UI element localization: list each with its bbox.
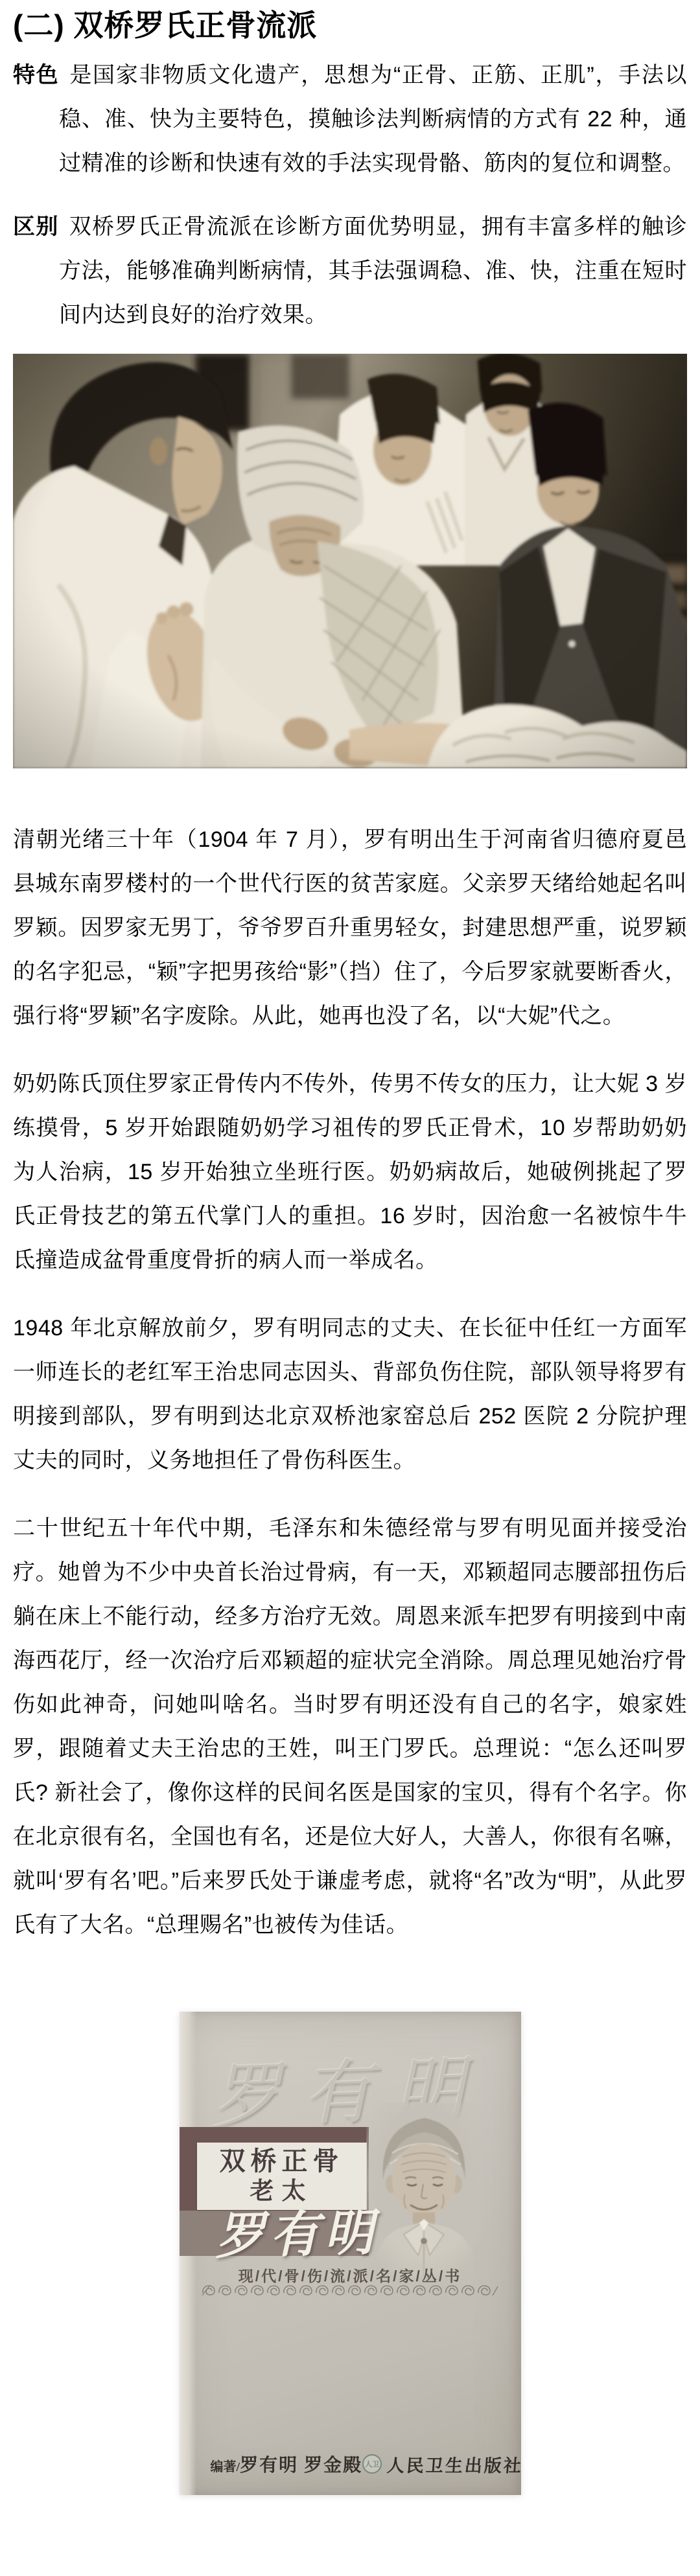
authors-names: 罗有明 罗金殿 <box>240 2455 362 2476</box>
paragraph-tese: 特色是国家非物质文化遗产，思想为“正骨、正筋、正肌”，手法以稳、准、快为主要特色… <box>13 53 687 185</box>
historical-photo-graphic <box>13 354 687 768</box>
cover-title-line1: 双桥正骨 <box>220 2146 344 2177</box>
cover-series-title: 现/代/骨/伤/流/派/名/家/丛/书 <box>180 2264 521 2286</box>
paragraph-naming: 二十世纪五十年代中期，毛泽东和朱德经常与罗有明见面并接受治疗。她曾为不少中央首长… <box>13 1506 687 1947</box>
publisher-name: 人民卫生出版社 <box>386 2452 521 2477</box>
spiral-ornament-row <box>201 2284 499 2297</box>
paragraph-birth: 清朝光绪三十年（1904 年 7 月），罗有明出生于河南省归德府夏邑县城东南罗楼… <box>13 818 687 1038</box>
cover-authors: 编著/罗有明 罗金殿 <box>211 2451 363 2477</box>
authors-prefix: 编著/ <box>211 2460 240 2474</box>
publisher-logo-icon: 人卫 <box>362 2454 382 2474</box>
document-page: (二) 双桥罗氏正骨流派 特色是国家非物质文化遗产，思想为“正骨、正筋、正肌”，… <box>0 0 700 2576</box>
page-title: (二) 双桥罗氏正骨流派 <box>13 6 687 44</box>
qubie-text: 双桥罗氏正骨流派在诊断方面优势明显，拥有丰富多样的触诊方法，能够准确判断病情，其… <box>59 214 687 327</box>
cover-publisher: 人卫 人民卫生出版社 <box>362 2452 520 2477</box>
cover-calligraphy-name: 罗有明 <box>214 2193 379 2268</box>
paragraph-1948: 1948 年北京解放前夕，罗有明同志的丈夫、在长征中任红一方面军一师连长的老红军… <box>13 1306 687 1482</box>
cover-bottom-row: 编著/罗有明 罗金殿 人卫 人民卫生出版社 <box>211 2451 506 2477</box>
book-cover-section: 罗有明 双桥正骨 老太 罗有明 <box>13 2012 687 2495</box>
paragraph-training: 奶奶陈氏顶住罗家正骨传内不传外，传男不传女的压力，让大妮 3 岁练摸骨，5 岁开… <box>13 1062 687 1282</box>
tese-label: 特色 <box>13 63 59 87</box>
paragraph-qubie: 区别双桥罗氏正骨流派在诊断方面优势明显，拥有丰富多样的触诊方法，能够准确判断病情… <box>13 205 687 337</box>
author-portrait <box>366 2102 483 2277</box>
historical-treatment-photo <box>13 354 687 768</box>
tese-text: 是国家非物质文化遗产，思想为“正骨、正筋、正肌”，手法以稳、准、快为主要特色，摸… <box>59 63 687 176</box>
book-cover-photo: 罗有明 双桥正骨 老太 罗有明 <box>180 2012 521 2495</box>
qubie-label: 区别 <box>13 214 59 239</box>
